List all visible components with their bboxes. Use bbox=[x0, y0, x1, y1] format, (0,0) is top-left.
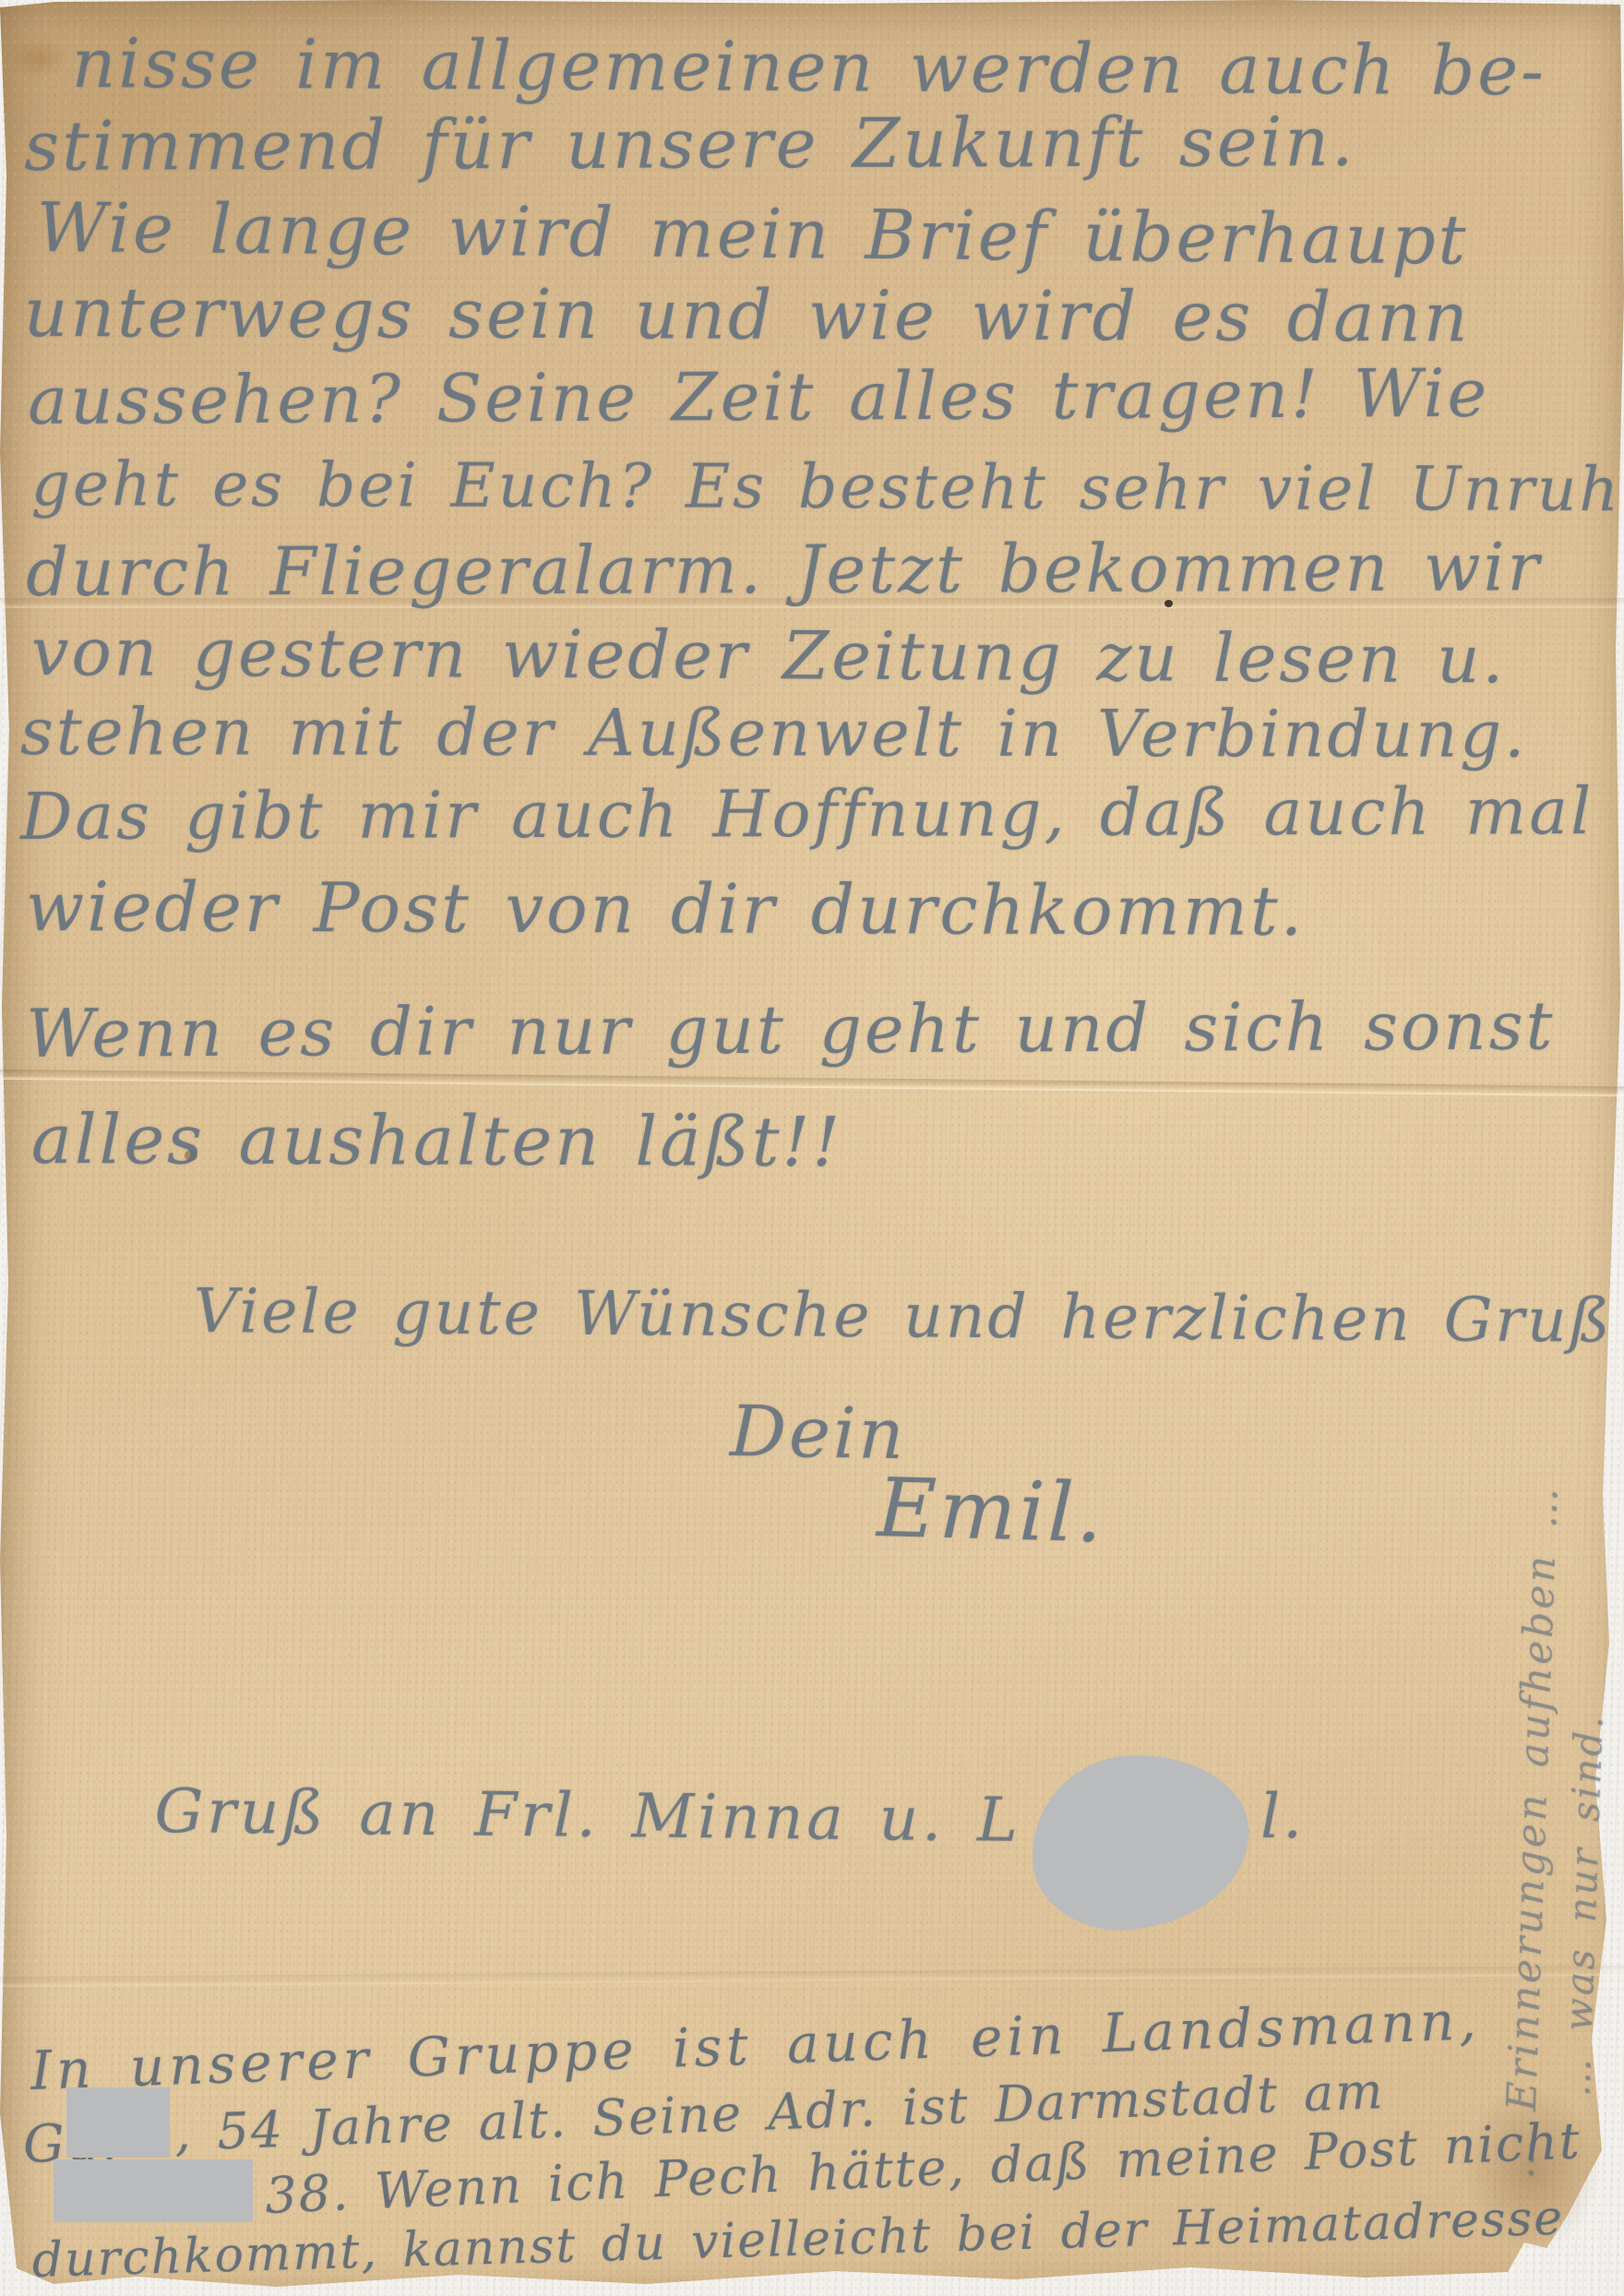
redaction-rect-address bbox=[54, 2159, 253, 2222]
ps-greeting-prefix: Gruß an Frl. Minna u. L bbox=[154, 1776, 1021, 1856]
scanned-letter-page: nisse im allgemeinen werden auch be- sti… bbox=[0, 0, 1624, 2296]
letter-line: Wie lange wird mein Brief überhaupt bbox=[36, 188, 1469, 281]
letter-line: nisse im allgemeinen werden auch be- bbox=[72, 24, 1547, 111]
letter-line: wieder Post von dir durchkommt. bbox=[26, 867, 1306, 951]
letter-line: geht es bei Euch? Es besteht sehr viel U… bbox=[31, 448, 1621, 525]
closing-line: Viele gute Wünsche und herzlichen Gruß bbox=[193, 1275, 1612, 1357]
letter-line: unterwegs sein und wie wird es dann bbox=[24, 273, 1471, 357]
letter-line: Das gibt mir auch Hoffnung, daß auch mal bbox=[20, 773, 1594, 855]
ps-greeting-suffix: l. bbox=[1260, 1781, 1305, 1852]
letter-line: durch Fliegeralarm. Jetzt bekommen wir bbox=[26, 528, 1542, 611]
signature-emil: Emil. bbox=[876, 1460, 1106, 1561]
letter-line: aussehen? Seine Zeit alles tragen! Wie bbox=[28, 354, 1489, 439]
redaction-rect-name bbox=[66, 2087, 170, 2158]
letter-line: stimmend für unsere Zukunft sein. bbox=[24, 102, 1356, 186]
letter-line: Wenn es dir nur gut geht und sich sonst bbox=[26, 987, 1556, 1072]
letter-line: stehen mit der Außenwelt in Verbindung. bbox=[20, 694, 1528, 772]
letter-line: alles aushalten läßt!! bbox=[31, 1100, 842, 1182]
letter-line: von gestern wieder Zeitung zu lesen u. bbox=[31, 613, 1507, 698]
